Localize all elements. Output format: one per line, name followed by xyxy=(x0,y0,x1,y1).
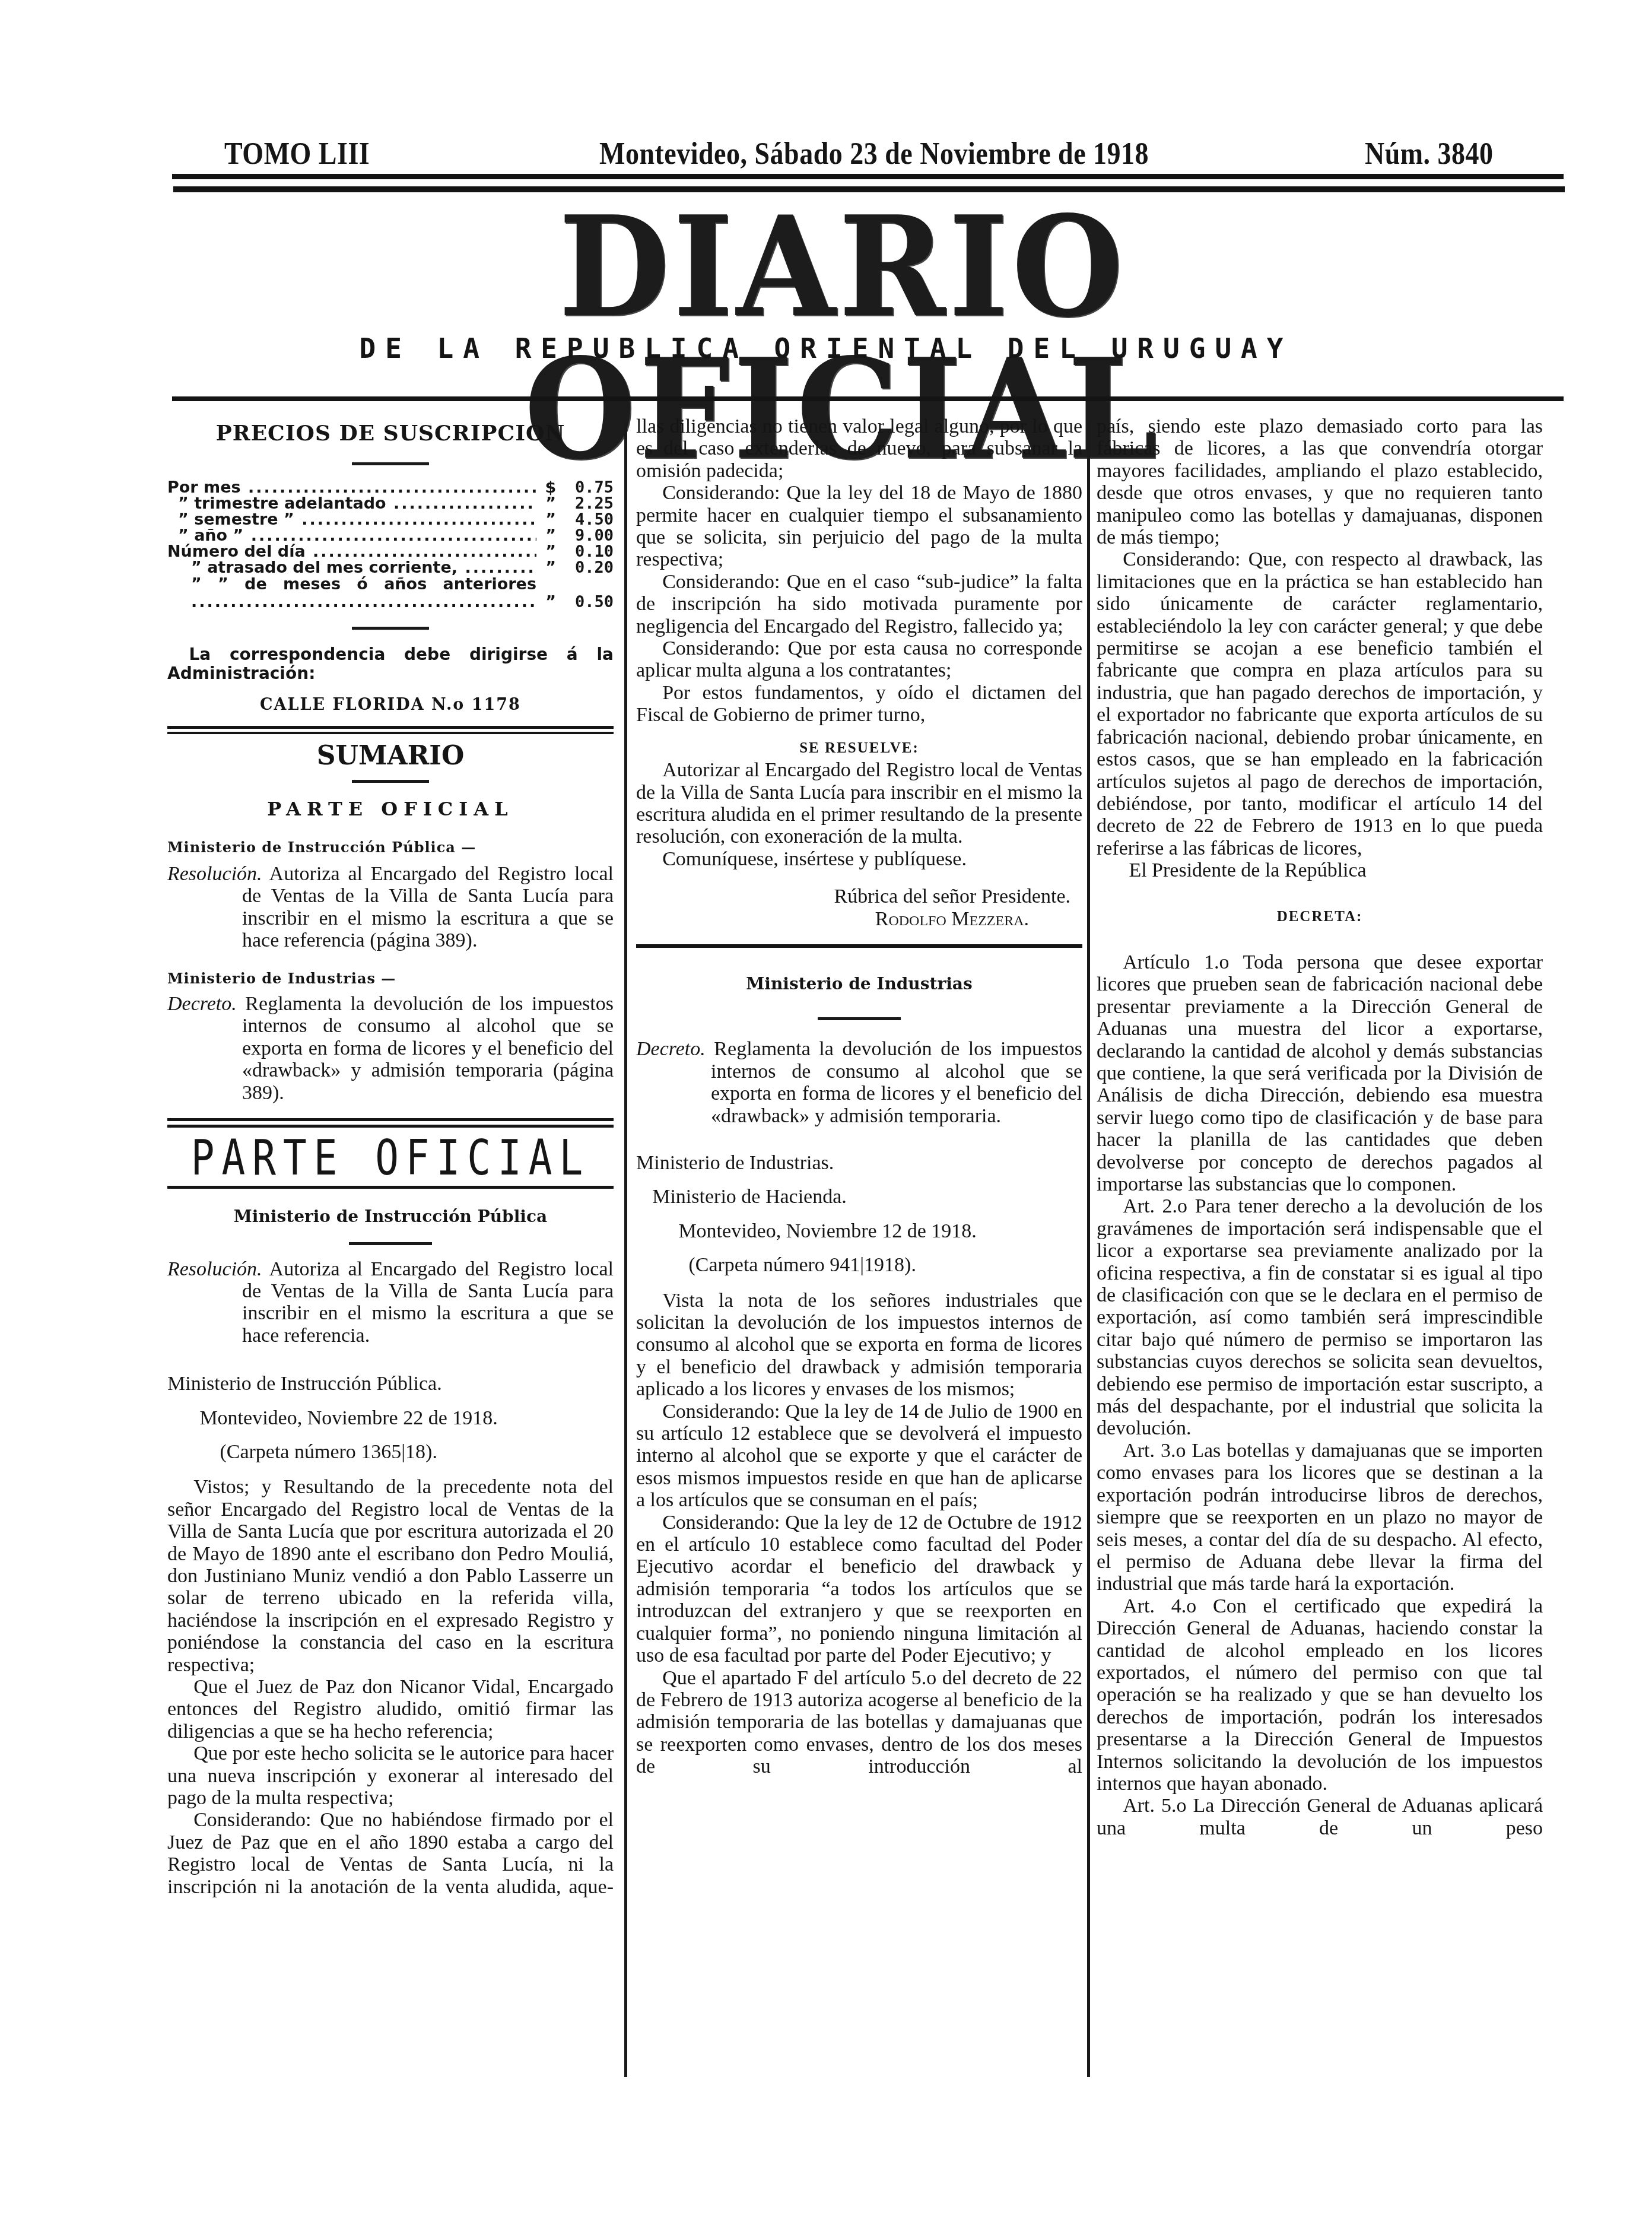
column-right: país, siendo este plazo demasiado corto … xyxy=(1097,415,1543,1839)
folder-number: (Carpeta número 1365|18). xyxy=(167,1441,614,1463)
divider xyxy=(352,462,429,465)
summary-entry: Ministerio de Instrucción Pública — Reso… xyxy=(167,836,614,952)
summary-heading: SUMARIO xyxy=(167,745,614,767)
price-currency: ” xyxy=(536,544,565,560)
paragraph-continuation: país, siendo este plazo demasiado corto … xyxy=(1097,415,1543,548)
paragraph: Considerando: Que la ley de 12 de Octubr… xyxy=(636,1512,1082,1667)
paragraph: Vistos; y Resultando de la precedente no… xyxy=(167,1476,614,1676)
summary-description: Reglamenta la devolución de los impuesto… xyxy=(242,993,614,1104)
price-label: ” atrasado del mes corriente, xyxy=(167,560,536,576)
signature-note: Rúbrica del señor Presidente. xyxy=(636,885,1082,907)
price-currency: ” xyxy=(536,496,565,512)
signatory: Rodolfo Mezzera. xyxy=(636,908,1082,930)
subscription-heading: PRECIOS DE SUSCRIPCION xyxy=(167,423,614,445)
issuer: Ministerio de Industrias. xyxy=(636,1152,1082,1174)
paragraph: Por estos fundamentos, y oído el dictame… xyxy=(636,682,1082,726)
summary-type: Resolución. xyxy=(167,863,262,885)
summary-text: Decreto. Reglamenta la devolución de los… xyxy=(167,993,614,1104)
price-value: 0.20 xyxy=(565,560,614,576)
article: Art. 3.o Las botellas y damajuanas que s… xyxy=(1097,1440,1543,1595)
issuer: Ministerio de Instrucción Pública. xyxy=(167,1373,614,1395)
paragraph: Considerando: Que, con respecto al drawb… xyxy=(1097,548,1543,859)
abstract-text: Reglamenta la devolución de los impuesto… xyxy=(711,1038,1082,1126)
parte-oficial-banner: PARTE OFICIAL xyxy=(167,1128,614,1189)
abstract: Decreto. Reglamenta la devolución de los… xyxy=(636,1038,1082,1127)
article: Art. 5.o La Dirección General de Aduanas… xyxy=(1097,1795,1543,1839)
issuer: Ministerio de Hacienda. xyxy=(636,1186,1082,1208)
paragraph: Considerando: Que por esta causa no corr… xyxy=(636,637,1082,682)
paragraph: Considerando: Que la ley de 14 de Julio … xyxy=(636,1401,1082,1512)
summary-ministry: Ministerio de Industrias — xyxy=(167,967,614,989)
divider xyxy=(349,1242,432,1245)
paragraph: Que por este hecho solicita se le autori… xyxy=(167,1742,614,1809)
article: Art. 4.o Con el certificado que expedirá… xyxy=(1097,1595,1543,1795)
price-row: ” año ” ” 9.00 xyxy=(167,528,614,544)
price-row: ” atrasado del mes corriente, ” 0.20 xyxy=(167,560,614,576)
price-row: ” semestre ” ” 4.50 xyxy=(167,512,614,528)
resolve-heading: SE RESUELVE: xyxy=(636,737,1082,759)
date: Montevideo, Noviembre 22 de 1918. xyxy=(167,1407,614,1429)
price-label: ” trimestre adelantado xyxy=(167,496,536,512)
resolution-paragraph: Autorizar al Encargado del Registro loca… xyxy=(636,759,1082,848)
abstract-type: Resolución. xyxy=(167,1258,262,1280)
price-value: 0.50 xyxy=(565,593,614,611)
volume-label: TOMO LIII xyxy=(224,135,370,172)
column-middle: llas diligencias no tienen valor legal a… xyxy=(636,415,1082,1778)
price-label: ” año ” xyxy=(167,528,536,544)
price-currency: ” xyxy=(536,560,565,576)
divider xyxy=(167,732,614,734)
abstract-text: Autoriza al Encargado del Registro local… xyxy=(242,1258,614,1347)
summary-type: Decreto. xyxy=(167,993,237,1015)
newspaper-subtitle: DE LA REPUBLICA ORIENTAL DEL URUGUAY xyxy=(0,332,1652,364)
column-divider-1 xyxy=(624,421,627,2077)
date: Montevideo, Noviembre 12 de 1918. xyxy=(636,1220,1082,1242)
column-left: PRECIOS DE SUSCRIPCION Por mes $ 0.75 ” … xyxy=(167,415,614,1898)
divider xyxy=(636,944,1082,948)
paragraph: Que el apartado F del artículo 5.o del d… xyxy=(636,1667,1082,1778)
price-label: ” ” de meses ó años anteriores xyxy=(167,576,536,611)
masthead-rule-lower xyxy=(172,396,1564,401)
price-currency: ” xyxy=(536,512,565,528)
divider xyxy=(167,1186,614,1189)
price-row: ” ” de meses ó años anteriores ” 0.50 xyxy=(167,576,614,611)
price-label: ” semestre ” xyxy=(167,512,536,528)
price-currency: ” xyxy=(536,528,565,544)
paragraph: Considerando: Que en el caso “sub-judice… xyxy=(636,571,1082,637)
price-value: 9.00 xyxy=(565,528,614,544)
price-label: Por mes xyxy=(167,480,536,496)
resolution-paragraph: Comuníquese, insértese y publíquese. xyxy=(636,848,1082,870)
price-value: 4.50 xyxy=(565,512,614,528)
paragraph: El Presidente de la República xyxy=(1097,859,1543,881)
summary-ministry: Ministerio de Instrucción Pública — xyxy=(167,836,614,858)
price-currency: ” xyxy=(536,593,565,611)
divider xyxy=(818,1017,901,1020)
summary-description: Autoriza al Encargado del Registro local… xyxy=(242,863,614,951)
price-currency: $ xyxy=(536,480,565,496)
divider xyxy=(352,780,429,783)
paragraph: Que el Juez de Paz don Nicanor Vidal, En… xyxy=(167,1676,614,1742)
summary-entry: Ministerio de Industrias — Decreto. Regl… xyxy=(167,967,614,1104)
abstract: Resolución. Autoriza al Encargado del Re… xyxy=(167,1258,614,1347)
column-divider-2 xyxy=(1087,421,1090,2077)
paragraph: Considerando: Que la ley del 18 de Mayo … xyxy=(636,482,1082,571)
issue-number: Núm. 3840 xyxy=(1365,135,1494,172)
masthead-rule-top xyxy=(172,174,1564,179)
summary-section: PARTE OFICIAL xyxy=(167,798,614,820)
section-heading-instruccion: Ministerio de Instrucción Pública xyxy=(167,1205,614,1227)
summary-text: Resolución. Autoriza al Encargado del Re… xyxy=(167,863,614,952)
price-value: 0.75 xyxy=(565,480,614,496)
correspondence-note: La correspondencia debe dirigirse á la A… xyxy=(167,645,614,683)
abstract-type: Decreto. xyxy=(636,1038,706,1060)
divider xyxy=(167,1118,614,1121)
divider xyxy=(352,627,429,630)
section-heading-industrias: Ministerio de Industrias xyxy=(636,973,1082,995)
divider xyxy=(167,726,614,729)
price-value: 2.25 xyxy=(565,496,614,512)
price-row: ” trimestre adelantado ” 2.25 xyxy=(167,496,614,512)
price-label: Número del día xyxy=(167,544,536,560)
subscription-table: Por mes $ 0.75 ” trimestre adelantado ” … xyxy=(167,480,614,611)
paragraph: Considerando: Que no habiéndose firmado … xyxy=(167,1809,614,1898)
paragraph: Vista la nota de los señores industriale… xyxy=(636,1290,1082,1401)
administration-address: CALLE FLORIDA N.o 1178 xyxy=(167,694,614,716)
article: Artículo 1.o Toda persona que desee expo… xyxy=(1097,951,1543,1195)
paragraph-continuation: llas diligencias no tienen valor legal a… xyxy=(636,415,1082,482)
price-row: Número del día ” 0.10 xyxy=(167,544,614,560)
folder-number: (Carpeta número 941|1918). xyxy=(636,1254,1082,1276)
price-value: 0.10 xyxy=(565,544,614,560)
article: Art. 2.o Para tener derecho a la devoluc… xyxy=(1097,1195,1543,1439)
price-row: Por mes $ 0.75 xyxy=(167,480,614,496)
dateline: Montevideo, Sábado 23 de Noviembre de 19… xyxy=(599,135,1149,172)
decree-heading: DECRETA: xyxy=(1097,906,1543,928)
